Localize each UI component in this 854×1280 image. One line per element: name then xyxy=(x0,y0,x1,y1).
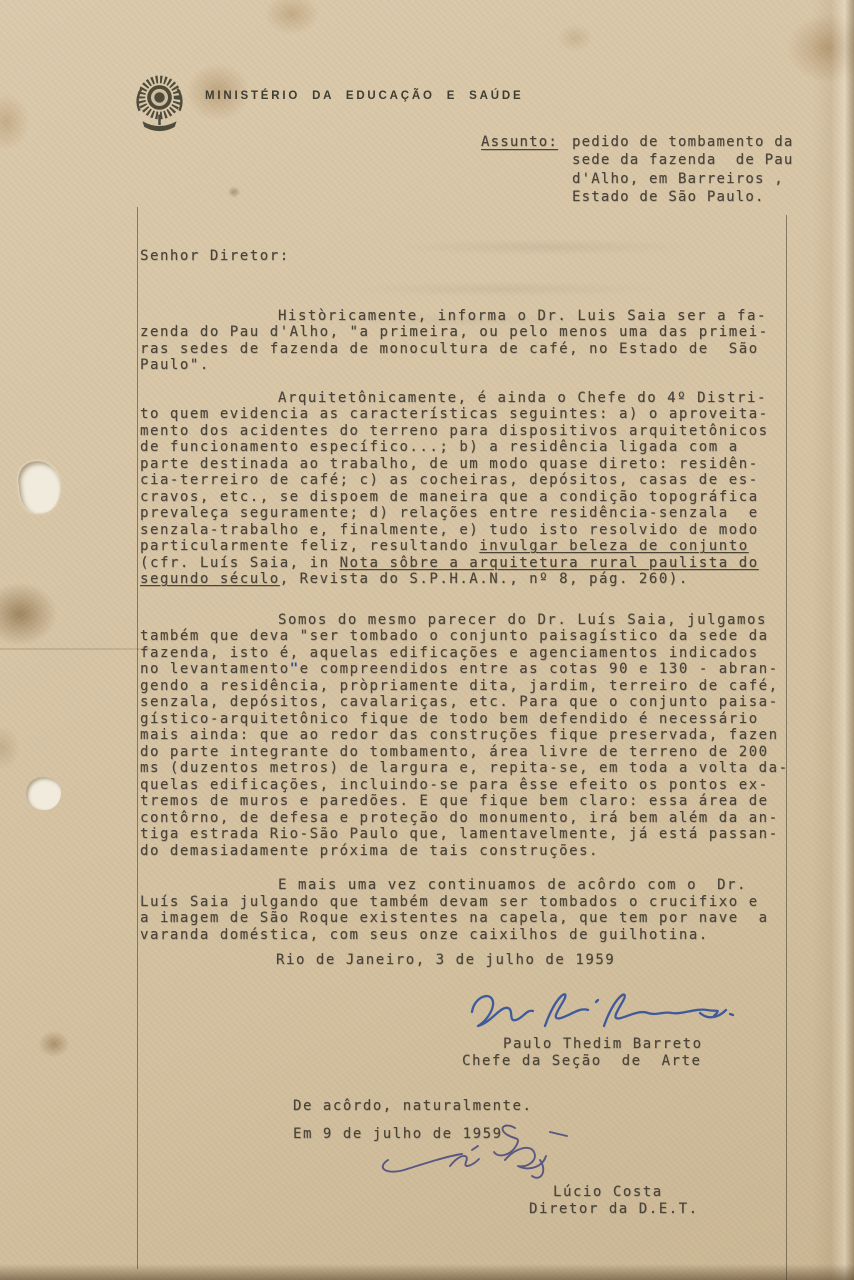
text-line: ms (duzentos metros) de largura e, repit… xyxy=(140,760,830,777)
text-line: to quem evidencia as características seg… xyxy=(140,406,830,423)
text-line: senzala-trabalho e, finalmente, e) tudo … xyxy=(140,522,830,539)
text-line: senzala, depósitos, cavalariças, etc. Pa… xyxy=(140,694,830,711)
text-line: varanda doméstica, com seus onze caixilh… xyxy=(140,927,830,944)
text-line: segundo século, Revista do S.P.H.A.N., n… xyxy=(140,571,830,588)
barreto-title: Chefe da Seção de Arte xyxy=(462,1053,702,1069)
text-line: contôrno, de defesa e proteção do monume… xyxy=(140,810,830,827)
ministry-header: MINISTÉRIO DA EDUCAÇÃO E SAÚDE xyxy=(205,90,523,102)
text-line: parte destinada ao trabalho, de um modo … xyxy=(140,456,830,473)
text-line: Històricamente, informa o Dr. Luis Saia … xyxy=(140,308,830,325)
paragraph-tombamento: Somos do mesmo parecer do Dr. Luís Saia,… xyxy=(140,612,830,860)
left-margin-rule xyxy=(137,207,138,1269)
text-line: sede da fazenda de Pau xyxy=(572,151,793,169)
subject-text: pedido de tombamento dasede da fazenda d… xyxy=(572,133,793,207)
costa-title: Diretor da D.E.T. xyxy=(529,1201,699,1217)
text-line: (cfr. Luís Saia, in Nota sôbre a arquite… xyxy=(140,555,830,572)
text-line: mais ainda: que ao redor das construções… xyxy=(140,727,830,744)
approval-note: De acôrdo, naturalmente. xyxy=(293,1098,533,1114)
text-line: E mais uma vez continuamos de acôrdo com… xyxy=(140,877,830,894)
letter-body: Senhor Diretor: Històricamente, informa … xyxy=(140,248,830,969)
text-line: também que deva "ser tombado o conjunto … xyxy=(140,628,830,645)
document-page: MINISTÉRIO DA EDUCAÇÃO E SAÚDE Assunto: … xyxy=(0,0,854,1280)
barreto-signature-icon xyxy=(472,994,733,1026)
text-line: particularmente feliz, resultando invulg… xyxy=(140,538,830,555)
text-line: cravos, etc., se dispoem de maneira que … xyxy=(140,489,830,506)
text-line: Luís Saia julgando que também devam ser … xyxy=(140,894,830,911)
costa-name: Lúcio Costa xyxy=(553,1184,663,1200)
subject-label: Assunto: xyxy=(481,133,558,207)
text-line: tremos de muros e paredões. E que fique … xyxy=(140,793,830,810)
text-line: d'Alho, em Barreiros , xyxy=(572,170,793,188)
approval-date: Em 9 de julho de 1959 xyxy=(293,1126,503,1142)
text-line: quelas edificações, incluindo-se para ês… xyxy=(140,777,830,794)
coat-of-arms-icon xyxy=(131,70,188,142)
paragraph-historico: Històricamente, informa o Dr. Luis Saia … xyxy=(140,308,830,374)
text-line: de funcionamento específico...; b) a res… xyxy=(140,439,830,456)
text-line: gendo a residência, pròpriamente dita, j… xyxy=(140,678,830,695)
paragraph-arquitetonico: Arquitetônicamente, é ainda o Chefe do 4… xyxy=(140,390,830,588)
text-line: fazenda, isto é, aquelas edificações e a… xyxy=(140,645,830,662)
page-bottom-edge xyxy=(0,1264,854,1280)
paragraph-capela: E mais uma vez continuamos de acôrdo com… xyxy=(140,877,830,943)
text-line: zenda do Pau d'Alho, "a primeira, ou pel… xyxy=(140,324,830,341)
text-line: tiga estrada Rio-São Paulo que, lamentav… xyxy=(140,826,830,843)
subject-block: Assunto: pedido de tombamento dasede da … xyxy=(481,133,794,207)
text-line: Paulo". xyxy=(140,357,830,374)
text-line: do demasiadamente próxima de tais constr… xyxy=(140,843,830,860)
text-line: Somos do mesmo parecer do Dr. Luís Saia,… xyxy=(140,612,830,629)
text-line: gístico-arquitetônico fique de todo bem … xyxy=(140,711,830,728)
text-line: do parte integrante do tombamento, área … xyxy=(140,744,830,761)
paper-crease xyxy=(0,648,150,650)
text-line: Estado de São Paulo. xyxy=(572,188,793,206)
text-line: pedido de tombamento da xyxy=(572,133,793,151)
text-line: ras sedes de fazenda de monocultura de c… xyxy=(140,341,830,358)
text-line: a imagem de São Roque existentes na cape… xyxy=(140,910,830,927)
text-line: mento dos acidentes do terreno para disp… xyxy=(140,423,830,440)
dateline: Rio de Janeiro, 3 de julho de 1959 xyxy=(140,952,830,969)
text-line: prevaleça seguramente; d) relações entre… xyxy=(140,505,830,522)
punch-hole-top xyxy=(16,459,62,515)
text-line: no levantamento"e compreendidos entre as… xyxy=(140,661,830,678)
text-line: cia-terreiro de café; c) as cocheiras, d… xyxy=(140,472,830,489)
punch-hole-bottom xyxy=(26,777,61,810)
text-line: Arquitetônicamente, é ainda o Chefe do 4… xyxy=(140,390,830,407)
barreto-name: Paulo Thedim Barreto xyxy=(503,1036,703,1052)
salutation: Senhor Diretor: xyxy=(140,248,830,265)
